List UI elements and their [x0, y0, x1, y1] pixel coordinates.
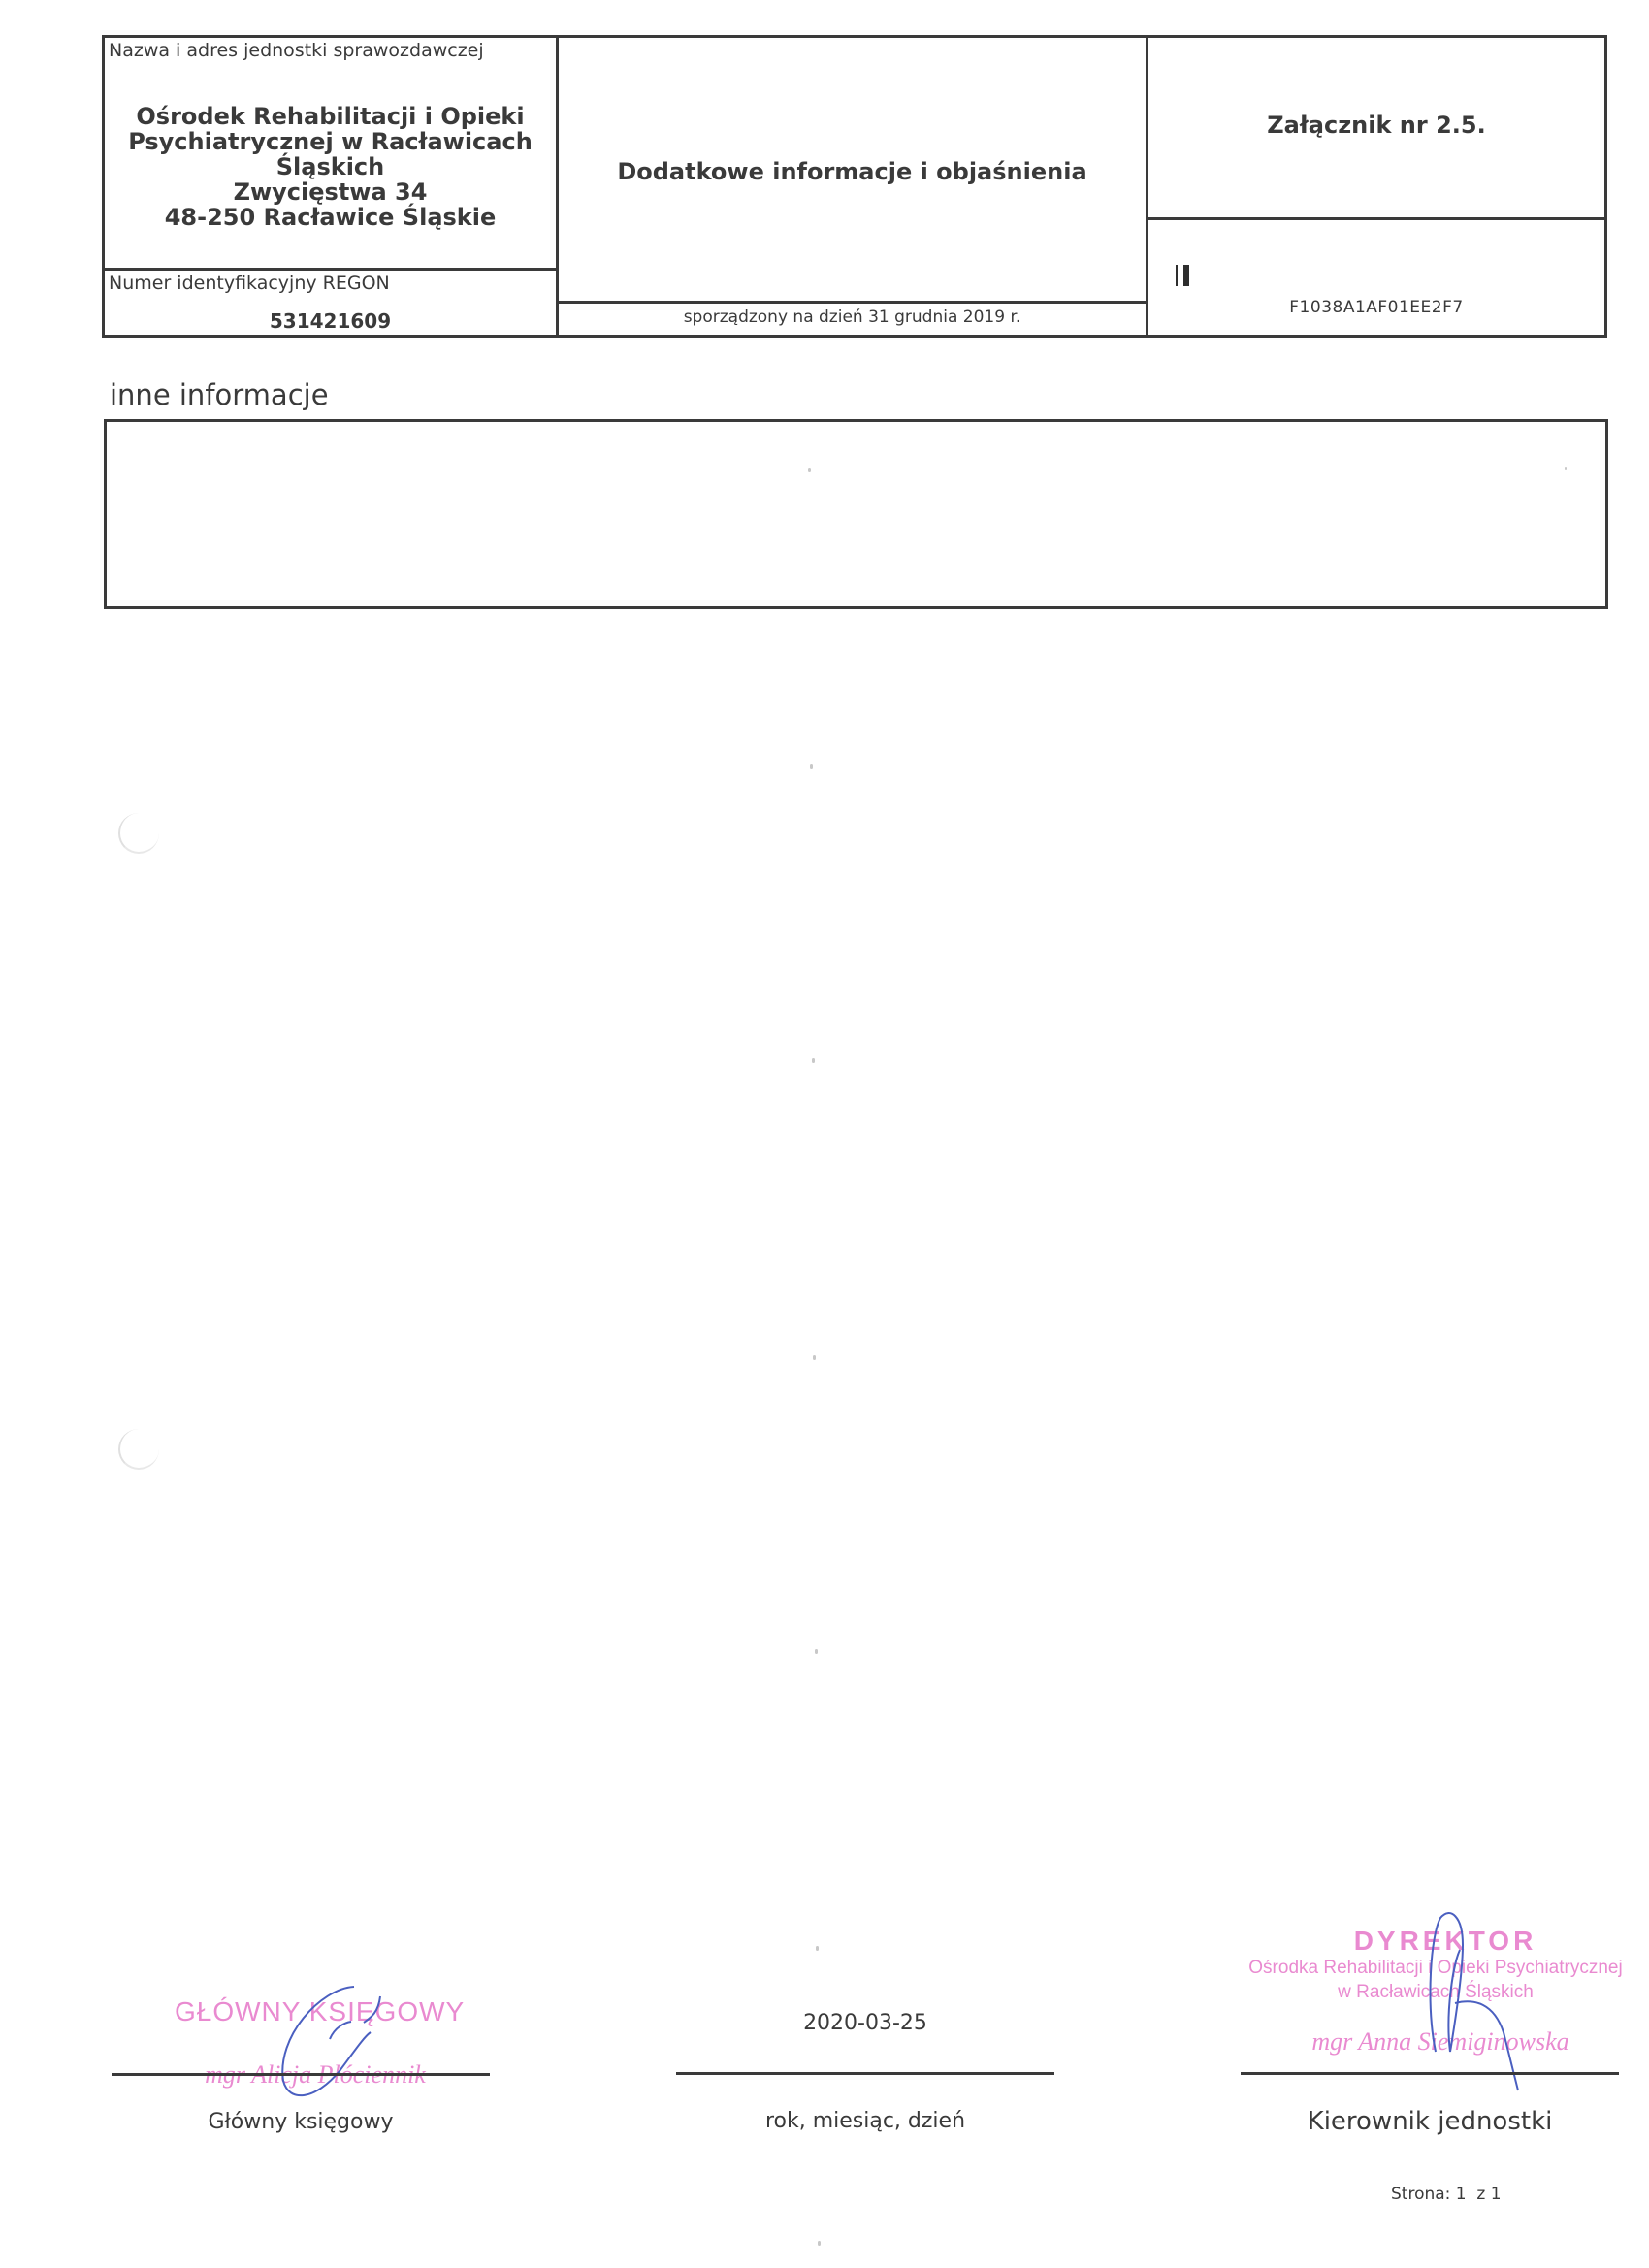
document-title: Dodatkowe informacje i objaśnienia — [559, 158, 1146, 185]
barcode-cell: F1038A1AF01EE2F7 — [1148, 220, 1604, 335]
organization-name: Ośrodek Rehabilitacji i Opieki Psychiatr… — [105, 104, 556, 230]
chief-accountant-stamp-title: GŁÓWNY KSIĘGOWY — [175, 1996, 456, 2027]
header-table: Nazwa i adres jednostki sprawozdawczej O… — [102, 35, 1607, 338]
other-information-box — [104, 419, 1608, 609]
scan-speck — [812, 1058, 815, 1063]
date-caption: rok, miesiąc, dzień — [676, 2109, 1054, 2133]
signature-line — [1241, 2072, 1619, 2075]
head-of-unit-caption: Kierownik jednostki — [1241, 2107, 1619, 2136]
regon-cell: Numer identyfikacyjny REGON 531421609 — [105, 271, 559, 335]
barcode-icon — [1176, 265, 1581, 286]
scan-speck — [816, 1946, 819, 1951]
prepared-date: sporządzony na dzień 31 grudnia 2019 r. — [559, 308, 1146, 327]
regon-label: Numer identyfikacyjny REGON — [109, 273, 390, 294]
scan-speck — [818, 2241, 821, 2246]
signature-line — [676, 2072, 1054, 2075]
signature-line — [112, 2073, 490, 2076]
signing-date: 2020-03-25 — [676, 2011, 1054, 2035]
organization-line: Ośrodek Rehabilitacji i Opieki — [105, 104, 556, 129]
director-stamp-name: mgr Anna Siemiginowska — [1261, 2027, 1620, 2057]
punch-hole-mark — [118, 1429, 159, 1470]
section-label: inne informacje — [110, 378, 329, 411]
scan-speck — [815, 1649, 818, 1654]
organization-line: Śląskich — [105, 154, 556, 179]
organization-line: Zwycięstwa 34 — [105, 179, 556, 205]
organization-line: 48-250 Racławice Śląskie — [105, 205, 556, 230]
scan-speck — [813, 1355, 816, 1360]
scan-speck — [1565, 467, 1567, 470]
organization-line: Psychiatrycznej w Racławicach — [105, 129, 556, 154]
attachment-cell: Załącznik nr 2.5. — [1148, 38, 1604, 220]
director-stamp-line: w Racławicach Śląskich — [1246, 1982, 1625, 2003]
scan-speck — [810, 764, 813, 769]
barcode-text: F1038A1AF01EE2F7 — [1148, 298, 1604, 317]
entity-name-label: Nazwa i adres jednostki sprawozdawczej — [109, 40, 484, 61]
document-title-cell: Dodatkowe informacje i objaśnienia — [559, 38, 1148, 304]
prepared-date-cell: sporządzony na dzień 31 grudnia 2019 r. — [559, 304, 1148, 335]
director-stamp-line: Ośrodka Rehabilitacji i Opieki Psychiatr… — [1246, 1958, 1625, 1979]
regon-value: 531421609 — [105, 309, 556, 333]
punch-hole-mark — [118, 813, 159, 854]
page-number: Strona: 1 z 1 — [1391, 2185, 1502, 2204]
attachment-number: Załącznik nr 2.5. — [1148, 112, 1604, 139]
chief-accountant-caption: Główny księgowy — [112, 2110, 490, 2134]
director-stamp-title: DYREKTOR — [1261, 1926, 1630, 1957]
entity-name-cell: Nazwa i adres jednostki sprawozdawczej O… — [105, 38, 559, 271]
scan-speck — [808, 468, 811, 472]
